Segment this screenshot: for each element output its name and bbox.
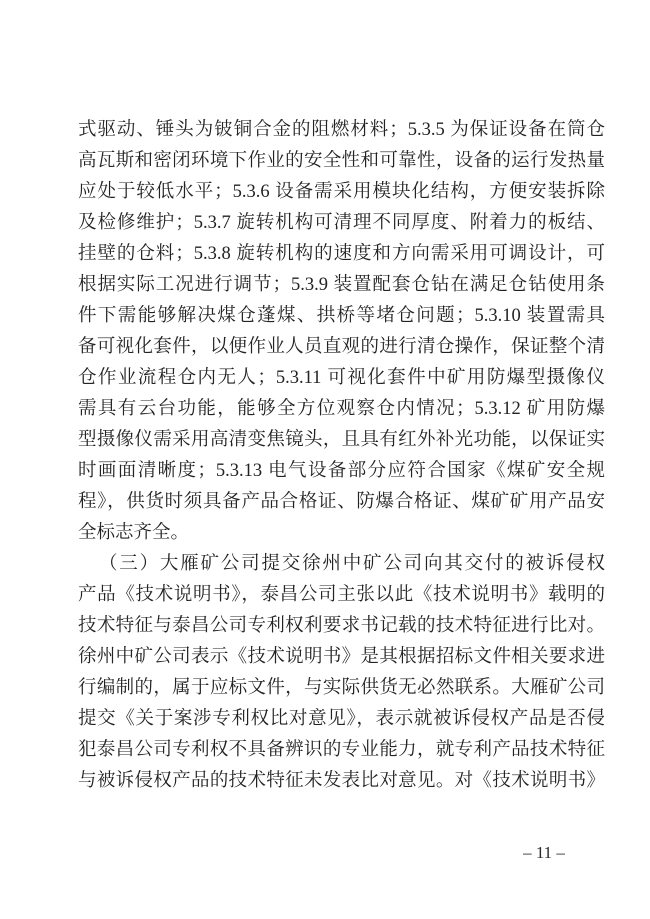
text-line: （三）大雁矿公司提交徐州中矿公司向其交付的被诉侵权: [78, 549, 605, 580]
text-line: 技术特征与泰昌公司专利权利要求书记载的技术特征进行比对。: [78, 611, 605, 642]
text-line: 产品《技术说明书》，泰昌公司主张以此《技术说明书》载明的: [78, 580, 605, 611]
text-line: 犯泰昌公司专利权不具备辨识的专业能力，就专利产品技术特征: [78, 735, 605, 766]
text-line: 型摄像仪需采用高清变焦镜头，且具有红外补光功能，以保证实: [78, 425, 605, 456]
text-line: 挂壁的仓料；5.3.8 旋转机构的速度和方向需采用可调设计，可: [78, 239, 605, 270]
text-line: 式驱动、锤头为铍铜合金的阻燃材料；5.3.5 为保证设备在筒仓: [78, 115, 605, 146]
text-line: 高瓦斯和密闭环境下作业的安全性和可靠性，设备的运行发热量: [78, 146, 605, 177]
text-line: 及检修维护；5.3.7 旋转机构可清理不同厚度、附着力的板结、: [78, 208, 605, 239]
text-line: 备可视化套件，以便作业人员直观的进行清仓操作，保证整个清: [78, 332, 605, 363]
text-line: 程》，供货时须具备产品合格证、防爆合格证、煤矿矿用产品安: [78, 487, 605, 518]
text-line: 需具有云台功能，能够全方位观察仓内情况；5.3.12 矿用防爆: [78, 394, 605, 425]
text-line: 根据实际工况进行调节；5.3.9 装置配套仓钻在满足仓钻使用条: [78, 270, 605, 301]
text-line: 全标志齐全。: [78, 518, 605, 549]
text-block: 式驱动、锤头为铍铜合金的阻燃材料；5.3.5 为保证设备在筒仓高瓦斯和密闭环境下…: [78, 115, 605, 797]
text-line: 件下需能够解决煤仓蓬煤、拱桥等堵仓问题；5.3.10 装置需具: [78, 301, 605, 332]
text-line: 时画面清晰度；5.3.13 电气设备部分应符合国家《煤矿安全规: [78, 456, 605, 487]
text-line: 与被诉侵权产品的技术特征未发表比对意见。对《技术说明书》: [78, 766, 605, 797]
text-line: 应处于较低水平；5.3.6 设备需采用模块化结构，方便安装拆除: [78, 177, 605, 208]
text-line: 行编制的，属于应标文件，与实际供货无必然联系。大雁矿公司: [78, 673, 605, 704]
document-page: 式驱动、锤头为铍铜合金的阻燃材料；5.3.5 为保证设备在筒仓高瓦斯和密闭环境下…: [0, 0, 650, 919]
page-number: – 11 –: [506, 842, 582, 864]
text-line: 仓作业流程仓内无人；5.3.11 可视化套件中矿用防爆型摄像仪: [78, 363, 605, 394]
text-line: 提交《关于案涉专利权比对意见》，表示就被诉侵权产品是否侵: [78, 704, 605, 735]
text-line: 徐州中矿公司表示《技术说明书》是其根据招标文件相关要求进: [78, 642, 605, 673]
